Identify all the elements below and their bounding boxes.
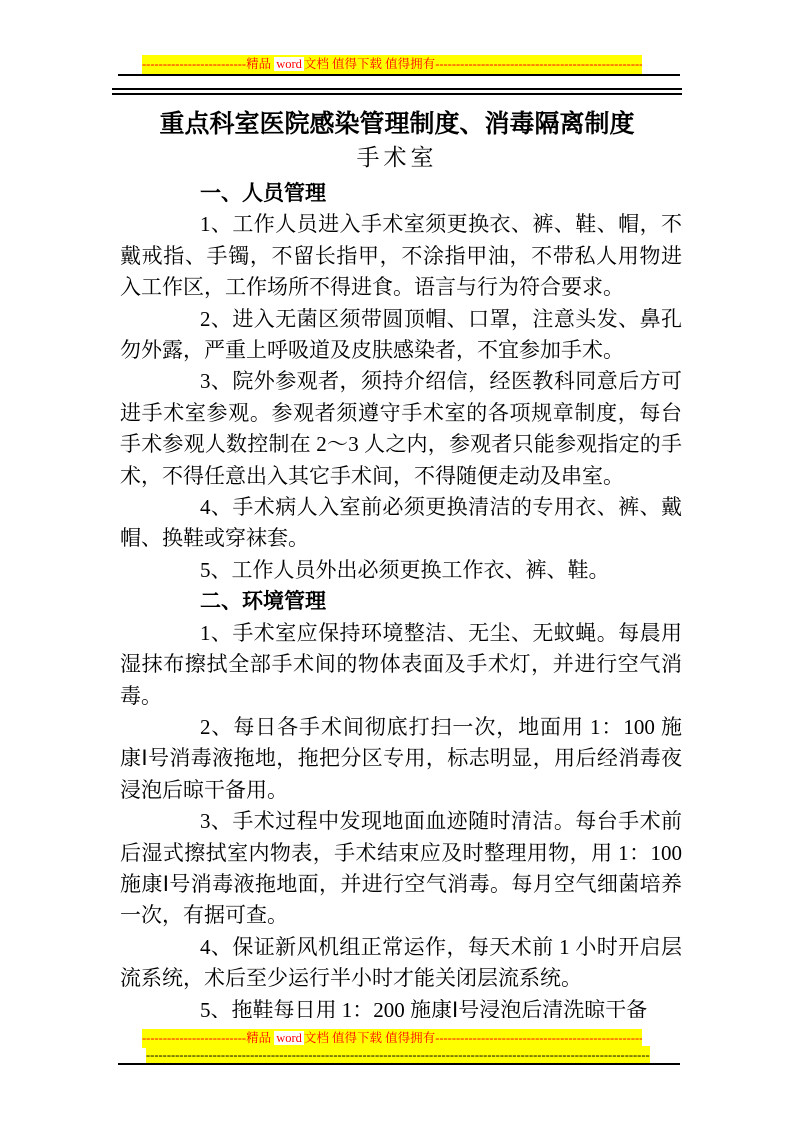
paragraph: 1、手术室应保持环境整洁、无尘、无蚊蝇。每晨用湿抹布擦拭全部手术间的物体表面及手…	[120, 618, 682, 712]
paragraph: 1、工作人员进入手术室须更换衣、裤、鞋、帽，不戴戒指、手镯，不留长指甲，不涂指甲…	[120, 209, 682, 303]
promo-text-word: word	[274, 1031, 304, 1045]
paragraph: 3、手术过程中发现地面血迹随时清洁。每台手术前后湿式擦拭室内物表，手术结束应及时…	[120, 806, 682, 932]
page-title: 重点科室医院感染管理制度、消毒隔离制度	[0, 108, 794, 142]
promo-text-rest: 文档 值得下载 值得拥有	[304, 57, 435, 71]
paragraph: 5、拖鞋每日用 1：200 施康Ⅰ号浸泡后清洗晾干备	[120, 995, 682, 1018]
paragraph: 4、保证新风机组正常运作，每天术前 1 小时开启层流系统，术后至少运行半小时才能…	[120, 932, 682, 995]
section-heading-personnel: 一、人员管理	[120, 178, 682, 209]
double-rule	[112, 88, 682, 95]
paragraph: 2、进入无菌区须带圆顶帽、口罩，注意头发、鼻孔勿外露，严重上呼吸道及皮肤感染者，…	[120, 304, 682, 367]
header-underline	[118, 74, 680, 76]
paragraph: 5、工作人员外出必须更换工作衣、裤、鞋。	[120, 555, 682, 586]
paragraph: 4、手术病人入室前必须更换清洁的专用衣、裤、戴帽、换鞋或穿袜套。	[120, 492, 682, 555]
paragraph: 3、院外参观者，须持介绍信，经医教科同意后方可进手术室参观。参观者须遵守手术室的…	[120, 366, 682, 492]
promo-text-word: word	[274, 57, 304, 71]
promo-text-jingpin: 精品	[246, 1031, 274, 1045]
promo-banner-top: -------------------------精品 word文档 值得下载 …	[142, 55, 642, 74]
page-subtitle: 手术室	[0, 142, 794, 174]
section-heading-environment: 二、环境管理	[120, 586, 682, 617]
paragraph: 2、每日各手术间彻底打扫一次，地面用 1：100 施康Ⅰ号消毒液拖地，拖把分区专…	[120, 712, 682, 806]
dash-run-right: ----------------------------------------…	[435, 57, 642, 71]
dash-run-left: -------------------------	[142, 1031, 246, 1045]
document-body: 一、人员管理 1、工作人员进入手术室须更换衣、裤、鞋、帽，不戴戒指、手镯，不留长…	[120, 178, 682, 1018]
dash-run-bottom: ----------------------------------------…	[146, 1048, 650, 1062]
dash-run-left: -------------------------	[142, 57, 246, 71]
document-page: -------------------------精品 word文档 值得下载 …	[0, 0, 794, 1123]
promo-text-rest: 文档 值得下载 值得拥有	[304, 1031, 435, 1045]
footer-rule	[118, 1063, 680, 1065]
promo-text-jingpin: 精品	[246, 57, 274, 71]
dash-run-right: ----------------------------------------…	[435, 1031, 642, 1045]
